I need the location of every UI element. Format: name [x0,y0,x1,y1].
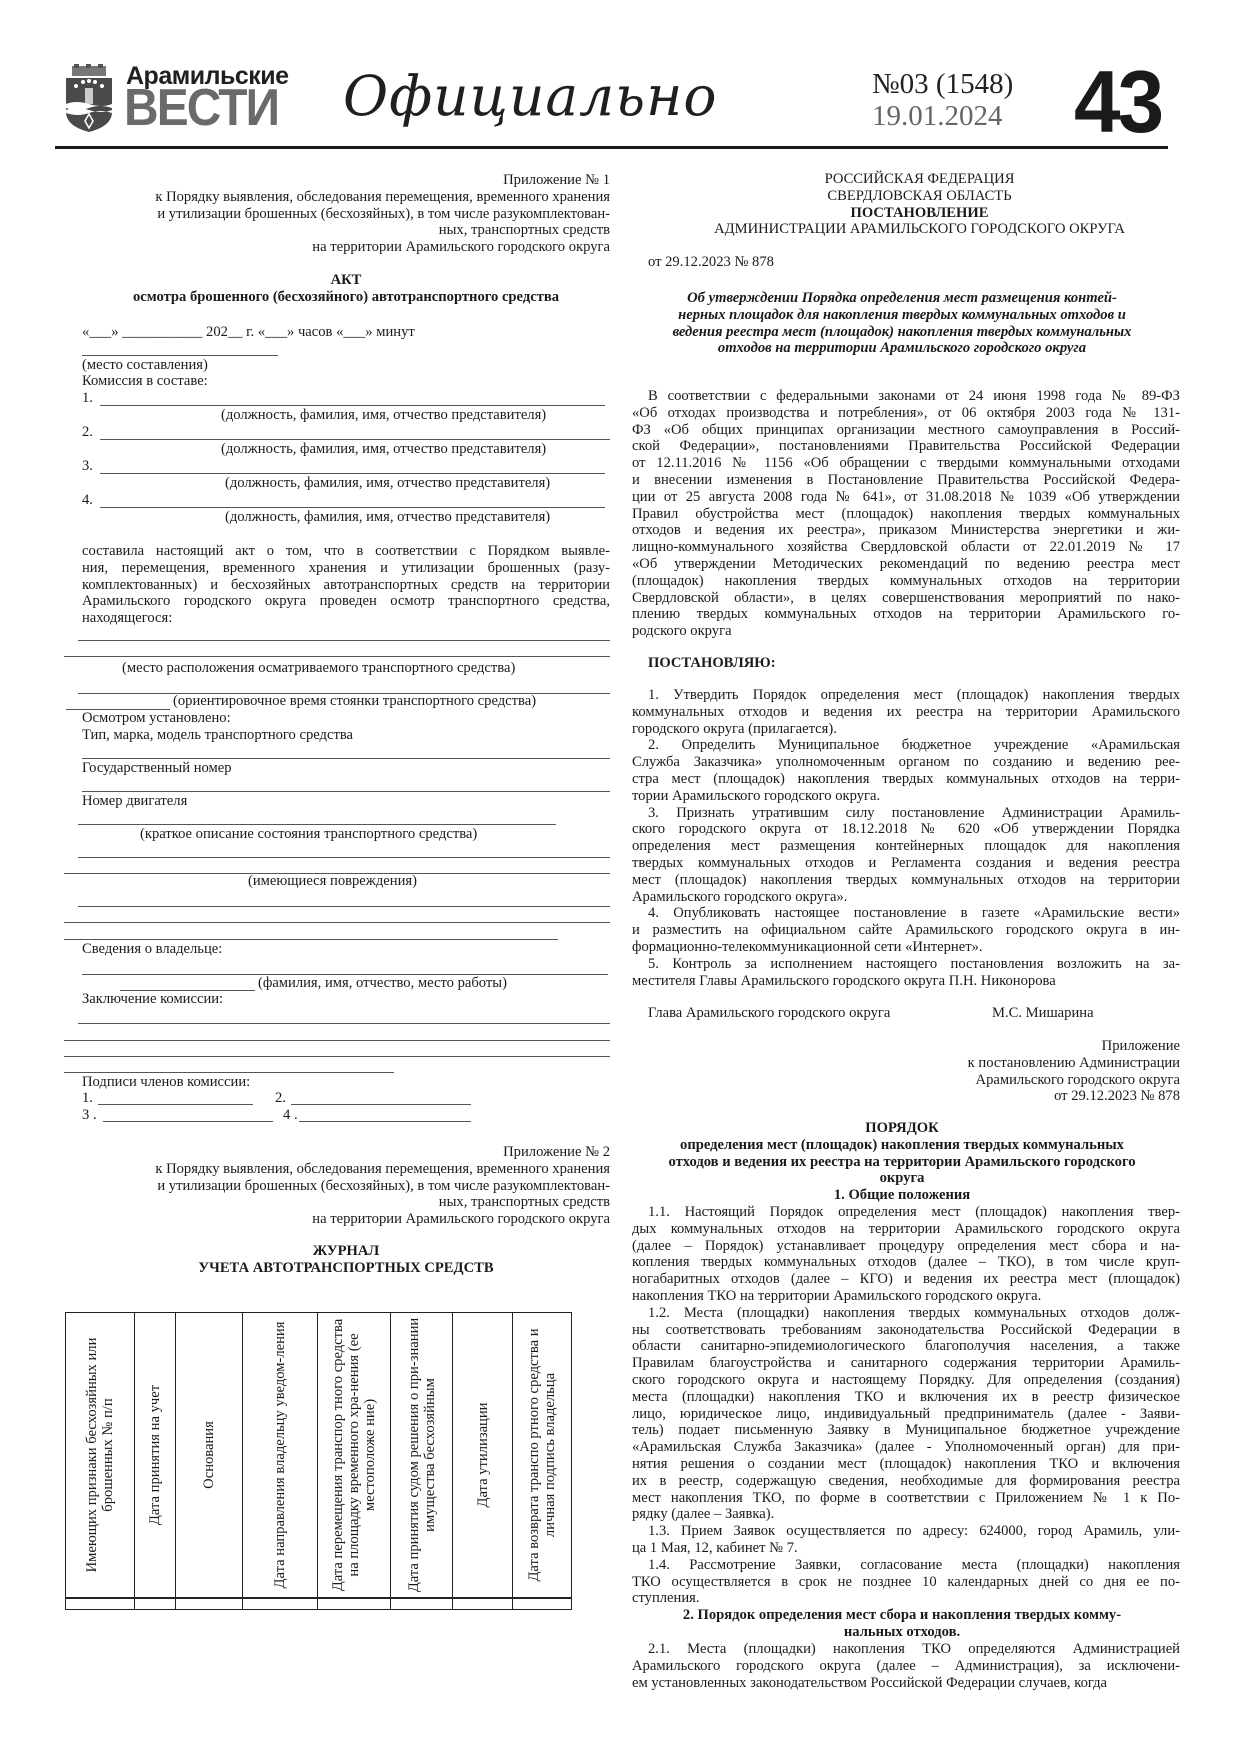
journal-heading: ЖУРНАЛ [82,1243,610,1260]
member-field-line[interactable] [100,473,605,474]
title-line: нерных площадок для накопления твердых к… [632,307,1172,324]
place-field-line[interactable] [82,355,278,356]
header-issuer: АДМИНИСТРАЦИИ АРАМИЛЬСКОГО ГОРОДСКОГО ОК… [632,221,1207,238]
table-cell[interactable] [243,1598,318,1610]
section-title: Официально [343,64,717,128]
condition-field-line[interactable] [78,824,556,825]
member-number: 1. [82,390,93,407]
member-number: 3. [82,458,93,475]
order-subheading: отходов и ведения их реестра на территор… [632,1154,1172,1171]
member-field-line[interactable] [100,439,610,440]
text-line: ем установленных законодательством Росси… [632,1675,1180,1692]
plate-field-line[interactable] [82,791,610,792]
header-region: СВЕРДЛОВСКАЯ ОБЛАСТЬ [632,188,1207,205]
journal-subheading: УЧЕТА АВТОТРАНСПОРТНЫХ СРЕДСТВ [82,1260,610,1277]
column-header: Дата утилизации [453,1313,513,1597]
appendix2-line: ных, транспортных средств [82,1194,610,1211]
column-header-text: Дата принятия судом решения о при-знании… [406,1317,438,1593]
text-line: лицо, юридическое лицо, индивидуальный п… [632,1406,1180,1423]
appendix-line: Приложение [632,1038,1180,1055]
title-line: отходов на территории Арамильского город… [632,340,1172,357]
member-field-line[interactable] [100,507,605,508]
conclusion-field-line[interactable] [78,1023,610,1024]
appendix-line: к постановлению Администрации [632,1055,1180,1072]
text-line: копления твердых коммунальных отходов (д… [632,1254,1180,1271]
member-hint: (должность, фамилия, имя, отчество предс… [221,407,546,424]
table-cell[interactable] [453,1598,513,1610]
act-subheading: осмотра брошенного (бесхозяйного) автотр… [82,289,610,306]
section1-body: 1.1. Настоящий Порядок определения мест … [632,1204,1180,1607]
text-line: Правил обустройства мест (площадок) нако… [632,506,1180,523]
issue-number: №03 (1548) [872,68,1013,101]
brand-name-main: ВЕСТИ [124,80,278,136]
owner-hint: (фамилия, имя, отчество, место работы) [258,975,507,992]
conclusion-field-line[interactable] [64,1040,610,1041]
text-line: их в реестр, содержащую сведения, необхо… [632,1473,1180,1490]
order-subheading: округа [632,1170,1172,1187]
appendix-line: от 29.12.2023 № 878 [632,1088,1180,1105]
section1-heading: 1. Общие положения [632,1187,1172,1204]
appendix2-line: к Порядку выявления, обследования переме… [82,1161,610,1178]
text-line: 1.4. Рассмотрение Заявки, согласование м… [632,1557,1180,1574]
text-line: 5. Контроль за исполнением настоящего по… [632,956,1180,973]
text-line: (площадок) накопления твердых коммунальн… [632,573,1180,590]
signature-number: 4 . [283,1107,298,1124]
column-header-text: Дата возврата транспо ртного средства и … [526,1317,558,1593]
damage-field-line[interactable] [64,939,558,940]
place-hint: (место составления) [82,357,208,374]
table-cell[interactable] [135,1598,176,1610]
column-header-text: Основания [201,1317,217,1593]
section2-heading-line: нальных отходов. [632,1624,1172,1641]
title-line: ведения реестра мест (площадок) накоплен… [632,324,1172,341]
header-country: РОССИЙСКАЯ ФЕДЕРАЦИЯ [632,171,1207,188]
text-line: ции от 25 августа 2008 года № 641», от 3… [632,489,1180,506]
appendix-line: Арамильского городского округа [632,1072,1180,1089]
page-number: 43 [1074,58,1161,146]
text-line: Правилам благоустройства и санитарного с… [632,1355,1180,1372]
text-line: ской Федерации», постановлениями Правите… [632,438,1180,455]
text-line: «Арамильская Служба Заказчика» (далее - … [632,1439,1180,1456]
signature-number: 2. [275,1090,286,1107]
column-header: Дата направления владельцу уведом-ления [243,1313,318,1597]
appendix2-line: на территории Арамильского городского ок… [82,1211,610,1228]
column-header: Дата принятия судом решения о при-знании… [391,1313,453,1597]
text-line: отходов и ведения их реестра», приказом … [632,522,1180,539]
text-line: твердых коммунальных отходов и Регламент… [632,855,1180,872]
text-line: местителя Главы Арамильского городского … [632,973,1180,990]
text-line: «Об отходах производства и потребления»,… [632,405,1180,422]
section2-body: 2.1. Места (площадки) накопления ТКО опр… [632,1641,1180,1691]
signature-position: Глава Арамильского городского округа [648,1005,890,1022]
act-body-line: комплектованных) и бесхозяйных автотранс… [82,577,610,594]
resolve-label: ПОСТАНОВЛЯЮ: [648,655,776,672]
header-divider [55,146,1168,149]
conclusion-label: Заключение комиссии: [82,991,223,1008]
text-line: от 12.11.2016 № 1156 «Об обращении с тве… [632,455,1180,472]
resolution-date-number: от 29.12.2023 № 878 [648,254,774,271]
signature-number: 3 . [82,1107,97,1124]
header-doc-type: ПОСТАНОВЛЕНИЕ [632,205,1207,222]
vehicle-type-field-line[interactable] [82,758,610,759]
text-line: ногабаритных отходов (далее – КГО) и вед… [632,1271,1180,1288]
text-line: формационно-телекоммуникационной сети «И… [632,939,1180,956]
column-header: Основания [176,1313,243,1597]
order-heading: ПОРЯДОК [632,1120,1172,1137]
member-number: 2. [82,424,93,441]
column-header-text: Имеющих признаки бесхозяйных или брошенн… [84,1317,116,1593]
member-number: 4. [82,492,93,509]
journal-table: Имеющих признаки бесхозяйных или брошенн… [65,1312,572,1610]
text-line: Свердловской области», в целях совершенс… [632,590,1180,607]
text-line: и внесении изменения в Постановление Пра… [632,472,1180,489]
signature-field-line[interactable] [299,1121,471,1122]
text-line: 3. Признать утратившим силу постановлени… [632,805,1180,822]
signature-field-line[interactable] [103,1121,273,1122]
location-field-line[interactable] [78,640,610,641]
section2-heading: 2. Порядок определения мест сбора и нако… [632,1607,1172,1641]
member-field-line[interactable] [100,405,605,406]
text-line: «Об утверждении Методических рекомендаци… [632,556,1180,573]
column-header: Дата возврата транспо ртного средства и … [513,1313,571,1597]
text-line: Арамильского городского округа (далее – … [632,1658,1180,1675]
conclusion-field-line[interactable] [64,1056,610,1057]
act-body-line: составила настоящий акт о том, что в соо… [82,543,610,560]
signature-number: 1. [82,1090,93,1107]
owner-label: Сведения о владельце: [82,941,222,958]
vehicle-type-label: Тип, марка, модель транспортного средств… [82,727,353,744]
appendix1-line: ных, транспортных средств [82,222,610,239]
text-line: ского городского округа от 18.12.2018 № … [632,821,1180,838]
resolution-header: РОССИЙСКАЯ ФЕДЕРАЦИЯ СВЕРДЛОВСКАЯ ОБЛАСТ… [632,171,1207,238]
location-field-line[interactable] [64,656,610,657]
order-heading-block: ПОРЯДОК определения мест (площадок) нако… [632,1120,1172,1204]
text-line: 1. Утвердить Порядок определения мест (п… [632,687,1180,704]
act-heading: АКТ [82,272,610,289]
section2-heading-line: 2. Порядок определения мест сбора и нако… [632,1607,1172,1624]
text-line: (далее – Порядок) устанавливает процедур… [632,1238,1180,1255]
text-line: ского городского округа и настоящему Пор… [632,1372,1180,1389]
text-line: ступления. [632,1590,1180,1607]
inspection-label: Осмотром установлено: [82,710,231,727]
member-hint: (должность, фамилия, имя, отчество предс… [225,475,550,492]
text-line: лищно-коммунального хозяйства Свердловск… [632,539,1180,556]
text-line: 1.2. Места (площадки) накопления твердых… [632,1305,1180,1322]
column-header-text: Дата принятия на учет [147,1317,163,1593]
issue-date: 19.01.2024 [872,100,1003,133]
text-line: и разместить на официальном сайте Арамил… [632,922,1180,939]
text-line: Арамильского городского округа». [632,889,1180,906]
text-line: накопления ТКО на территории Арамильског… [632,1288,1180,1305]
column-header-text: Дата направления владельцу уведом-ления [272,1317,288,1593]
coat-of-arms-icon [64,64,114,134]
text-line: области санитарно-эпидемиологического бл… [632,1338,1180,1355]
member-hint: (должность, фамилия, имя, отчество предс… [225,509,550,526]
plate-label: Государственный номер [82,760,232,777]
resolution-title: Об утверждении Порядка определения мест … [632,290,1172,357]
parking-hint: (ориентировочное время стоянки транспорт… [173,693,536,710]
text-line: Служба Заказчика» уполномоченным органом… [632,754,1180,771]
title-line: Об утверждении Порядка определения мест … [632,290,1172,307]
engine-label: Номер двигателя [82,793,187,810]
appendix1-block: Приложение № 1 к Порядку выявления, обсл… [82,172,610,256]
signature-name: М.С. Мишарина [992,1005,1094,1022]
text-line: 4. Опубликовать настоящее постановление … [632,905,1180,922]
appendix1-title: Приложение № 1 [82,172,610,189]
text-line: рядку (далее – Заявка). [632,1506,1180,1523]
preamble: В соответствии с федеральными законами о… [632,388,1180,640]
text-line: коммунальных отходов и ведения их реестр… [632,704,1180,721]
text-line: стра мест (площадок) накопления твердых … [632,771,1180,788]
text-line: 1.1. Настоящий Порядок определения мест … [632,1204,1180,1221]
order-subheading: определения мест (площадок) накопления т… [632,1137,1172,1154]
text-line: родского округа [632,623,1180,640]
appendix2-title: Приложение № 2 [82,1144,610,1161]
appendix1-line: к Порядку выявления, обследования переме… [82,189,610,206]
text-line: тории Арамильского городского округа. [632,788,1180,805]
damage-field-line[interactable] [78,857,610,858]
resolution-items: 1. Утвердить Порядок определения мест (п… [632,687,1180,989]
text-line: дых коммунальных отходов на территории А… [632,1221,1180,1238]
table-cell[interactable] [391,1598,453,1610]
text-line: 2. Определить Муниципальное бюджетное уч… [632,737,1180,754]
member-hint: (должность, фамилия, имя, отчество предс… [221,441,546,458]
column-header: Дата принятия на учет [135,1313,176,1597]
text-line: плению твердых коммунальных отходов на т… [632,606,1180,623]
appendix1-line: на территории Арамильского городского ок… [82,239,610,256]
text-line: В соответствии с федеральными законами о… [632,388,1180,405]
text-line: ФЗ «Об общих принципах организации местн… [632,422,1180,439]
text-line: 1.3. Прием Заявок осуществляется по адре… [632,1523,1180,1540]
damage-field-line[interactable] [78,906,610,907]
table-cell[interactable] [318,1598,391,1610]
act-body-line: Арамильского городского округа проведен … [82,593,610,610]
damage-field-line[interactable] [64,922,610,923]
table-cell[interactable] [176,1598,243,1610]
appendix2-line: и утилизации брошенных (бесхозяйных), в … [82,1178,610,1195]
appendix1-line: и утилизации брошенных (бесхозяйных), в … [82,206,610,223]
text-line: места (площадки) накопления ТКО и включе… [632,1389,1180,1406]
signature-field-line[interactable] [98,1104,253,1105]
location-hint: (место расположения осматриваемого транс… [122,660,515,677]
text-line: ТКО осуществляется в срок не позднее 10 … [632,1574,1180,1591]
text-line: мест накопления ТКО, по форме в соответс… [632,1490,1180,1507]
damage-hint: (имеющиеся повреждения) [248,873,417,890]
column-header-text: Дата утилизации [475,1317,491,1593]
column-header: Дата перемещения транспор тного средства… [318,1313,391,1597]
condition-hint: (краткое описание состояния транспортног… [140,826,477,843]
text-line: нятия решения о создании мест (площадок)… [632,1456,1180,1473]
table-cell[interactable] [513,1598,571,1610]
text-line: ца 1 Мая, 12, кабинет № 7. [632,1540,1180,1557]
order-appendix: Приложение к постановлению Администрации… [632,1038,1180,1105]
act-body-line: ния, перемещения, временного хранения и … [82,560,610,577]
text-line: тель) подает письменную Заявку в Муницип… [632,1422,1180,1439]
commission-label: Комиссия в составе: [82,373,208,390]
table-cell[interactable] [66,1598,135,1610]
act-body-line: находящегося: [82,610,610,627]
text-line: городского округа (прилагается). [632,721,1180,738]
text-line: определения мест размещения контейнерных… [632,838,1180,855]
text-line: мест (площадок) накопления твердых комму… [632,872,1180,889]
conclusion-field-line[interactable] [64,1072,394,1073]
column-header: Имеющих признаки бесхозяйных или брошенн… [66,1313,135,1597]
column-header-text: Дата перемещения транспор тного средства… [330,1317,378,1593]
signatures-label: Подписи членов комиссии: [82,1074,250,1091]
text-line: 2.1. Места (площадки) накопления ТКО опр… [632,1641,1180,1658]
signature-field-line[interactable] [291,1104,471,1105]
act-date-line[interactable]: «___» ___________ 202__ г. «___» часов «… [82,324,415,341]
text-line: ны соответствовать требованиям законодат… [632,1322,1180,1339]
appendix2-block: Приложение № 2 к Порядку выявления, обсл… [82,1144,610,1228]
act-body: составила настоящий акт о том, что в соо… [82,543,610,627]
